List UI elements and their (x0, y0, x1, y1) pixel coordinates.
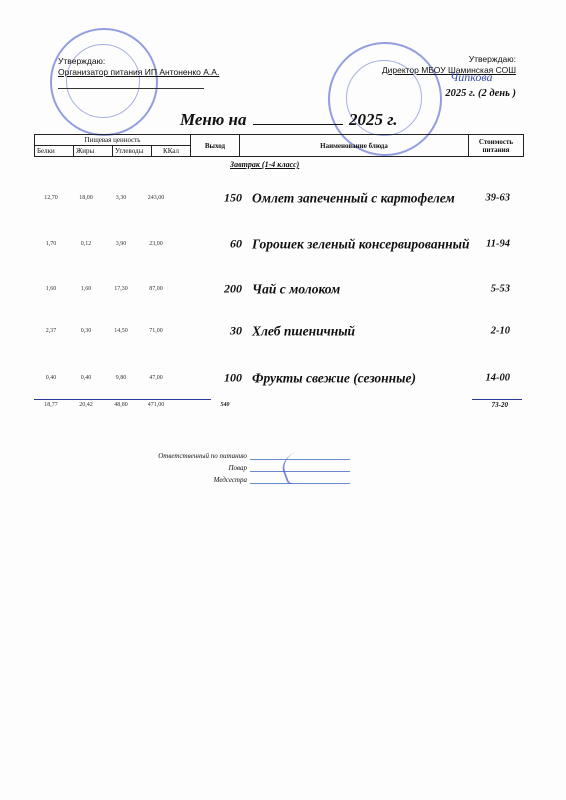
total-output: 540 (208, 402, 242, 408)
totals-row: 18,77 20,42 48,80 471,00 540 73-20 (34, 398, 524, 412)
nurse-label: Медсестра (135, 474, 247, 486)
kcal-value: 71,00 (139, 328, 173, 334)
title-prefix: Меню на (180, 110, 246, 129)
dish-name: Омлет запеченный с картофелем (252, 190, 472, 207)
organizer-stamp (50, 28, 158, 136)
kcal-value: 23,00 (139, 241, 173, 247)
page-title: Меню на 2025 г. (180, 110, 398, 130)
fat-header: Жиры (74, 146, 113, 157)
total-fat: 20,42 (69, 402, 103, 408)
carbs-value: 3,30 (104, 195, 138, 201)
price-value: 2-10 (491, 326, 510, 337)
dish-name-header: Наименование блюда (240, 135, 469, 157)
director-signature: Чипкова (450, 70, 493, 85)
organizer-signature-line (58, 88, 204, 89)
kcal-value: 87,00 (139, 286, 173, 292)
fat-value: 0,40 (69, 375, 103, 381)
kcal-header: ККал (152, 146, 191, 157)
fat-value: 0,30 (69, 328, 103, 334)
output-value: 100 (208, 371, 242, 386)
meal-section-title: Завтрак (1-4 класс) (230, 160, 299, 169)
table-row: 12,7018,003,30243,00150Омлет запеченный … (34, 183, 524, 213)
price-value: 39-63 (486, 193, 511, 204)
total-price: 73-20 (492, 401, 508, 409)
output-value: 150 (208, 191, 242, 206)
carbs-value: 14,50 (104, 328, 138, 334)
title-suffix: 2025 г. (349, 110, 398, 129)
table-row: 1,601,6017,3087,00200Чай с молоком5-53 (34, 274, 524, 304)
dish-name: Чай с молоком (252, 281, 472, 298)
total-carbs: 48,80 (104, 402, 138, 408)
kcal-value: 47,00 (139, 375, 173, 381)
price-value: 5-53 (491, 284, 510, 295)
responsible-label: Ответственный по питанию (135, 450, 247, 462)
total-kcal: 471,00 (139, 402, 173, 408)
protein-value: 1,70 (34, 241, 68, 247)
carbs-value: 3,90 (104, 241, 138, 247)
approver-title: Организатор питания ИП Антоненко А.А. (58, 67, 219, 78)
approver-title: Директор МБОУ Шаминская СОШ (382, 65, 516, 76)
output-value: 60 (208, 237, 242, 252)
protein-header: Белки (35, 146, 74, 157)
protein-value: 1,60 (34, 286, 68, 292)
protein-value: 12,70 (34, 195, 68, 201)
fat-value: 0,12 (69, 241, 103, 247)
approval-date: 2025 г. (2 день ) (382, 88, 516, 99)
kcal-value: 243,00 (139, 195, 173, 201)
nurse-signature-line (250, 483, 350, 484)
dish-name: Горошек зеленый консервированный (252, 236, 472, 253)
signatures: Ответственный по питанию Повар Медсестра (135, 450, 247, 486)
date-blank (253, 124, 343, 125)
carbs-value: 9,80 (104, 375, 138, 381)
protein-value: 2,37 (34, 328, 68, 334)
output-value: 30 (208, 324, 242, 339)
carbs-header: Углеводы (113, 146, 152, 157)
output-value: 200 (208, 282, 242, 297)
approval-director: Утверждаю: Директор МБОУ Шаминская СОШ 2… (382, 54, 516, 99)
table-row: 2,370,3014,5071,0030Хлеб пшеничный2-10 (34, 316, 524, 346)
fat-value: 1,60 (69, 286, 103, 292)
price-value: 11-94 (486, 239, 510, 250)
menu-table-header: Пищевая ценность Выход Наименование блюд… (34, 134, 524, 157)
fat-value: 18,00 (69, 195, 103, 201)
protein-value: 0,40 (34, 375, 68, 381)
table-row: 1,700,123,9023,0060Горошек зеленый консе… (34, 229, 524, 259)
carbs-value: 17,30 (104, 286, 138, 292)
output-header: Выход (191, 135, 240, 157)
approval-organizer: Утверждаю: Организатор питания ИП Антоне… (58, 56, 219, 78)
cost-header: Стоимость питания (469, 135, 524, 157)
nutrition-header: Пищевая ценность (35, 135, 191, 146)
table-row: 0,400,409,8047,00100Фрукты свежие (сезон… (34, 363, 524, 393)
handwritten-signature (278, 444, 328, 487)
price-value: 14-00 (486, 373, 511, 384)
dish-name: Фрукты свежие (сезонные) (252, 370, 472, 387)
approval-label: Утверждаю: (382, 54, 516, 65)
dish-name: Хлеб пшеничный (252, 323, 472, 340)
cook-label: Повар (135, 462, 247, 474)
total-protein: 18,77 (34, 402, 68, 408)
approval-label: Утверждаю: (58, 56, 219, 67)
